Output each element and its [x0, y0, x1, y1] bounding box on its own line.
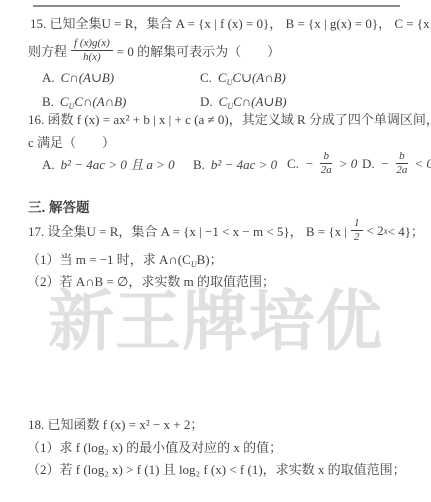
q17-fraction-denominator: 2 — [351, 231, 363, 244]
q15-option-c: C.CUC∪(A∩B) — [200, 70, 286, 85]
q17-subpart-1-text: （1）当 m = −1 时，求 A∩(C — [27, 252, 191, 267]
q16-option-b: B.b² − 4ac > 0 — [193, 157, 277, 172]
q15-option-d-formula-rest: C∩(A∪B) — [233, 94, 287, 109]
q16-stem-line2: c 满足（ ） — [28, 135, 115, 150]
q15-option-c-formula: C — [218, 70, 227, 85]
q18-subpart-2: （2）若 f (log₂ x) > f (1) 且 log₂ f (x) < f… — [27, 462, 406, 477]
q17-fraction-numerator: 1 — [351, 217, 363, 231]
q15-line2-suffix: = 0 的解集可表示为（ ） — [117, 41, 280, 60]
q15-option-d-label: D. — [200, 94, 213, 109]
q18-subpart-1: （1）求 f (log₂ x) 的最小值及对应的 x 的值； — [27, 440, 282, 455]
q17-line1-part2: < 2 — [367, 223, 384, 239]
q16-option-d: D.− b 2a < 0 — [362, 150, 431, 177]
q16-option-d-denominator: 2a — [393, 164, 410, 177]
q16-option-c-denominator: 2a — [318, 164, 335, 177]
q17-fraction: 1 2 — [351, 217, 363, 244]
q16-option-d-label: D. — [362, 156, 375, 172]
q16-option-d-fraction: b 2a — [393, 150, 410, 177]
section-header: 三. 解答题 — [28, 196, 90, 216]
q15-option-b-formula-rest: C∩(A∩B) — [74, 94, 126, 109]
q15-stem-line2: 则方程 f (x)g(x) h(x) = 0 的解集可表示为（ ） — [28, 37, 280, 64]
q16-option-a-label: A. — [42, 157, 55, 172]
q15-fraction: f (x)g(x) h(x) — [71, 37, 113, 64]
q17-line1-part3: < 4}； — [388, 221, 424, 240]
q17-subpart-1: （1）当 m = −1 时，求 A∩(CUB)； — [27, 252, 223, 267]
q18-stem-line1: 18. 已知函数 f (x) = x² − x + 2； — [28, 417, 203, 432]
q16-option-c-label: C. — [287, 156, 299, 172]
q16-option-d-minus: − — [381, 156, 390, 172]
q16-option-c-fraction: b 2a — [318, 150, 335, 177]
q16-option-a-formula: b² − 4ac > 0 且 a > 0 — [61, 157, 175, 172]
q16-option-c-minus: − — [305, 156, 314, 172]
q16-option-c: C.− b 2a > 0 — [287, 150, 357, 177]
q15-option-c-formula-rest: C∪(A∩B) — [232, 70, 286, 85]
q15-option-d-formula: C — [219, 94, 228, 109]
q15-line2-prefix: 则方程 — [28, 41, 67, 60]
q15-option-a-formula: C∩(A∪B) — [61, 70, 115, 85]
q15-option-b-formula: C — [60, 94, 69, 109]
q15-option-a: A.C∩(A∪B) — [42, 70, 114, 85]
q15-fraction-numerator: f (x)g(x) — [71, 37, 113, 51]
q17-stem-line1: 17. 设全集U = R，集合 A = {x | −1 < x − m < 5}… — [28, 217, 424, 244]
q16-option-d-numerator: b — [396, 150, 408, 164]
page-top-rule — [33, 5, 400, 7]
q15-option-c-label: C. — [200, 70, 212, 85]
q16-option-b-label: B. — [193, 157, 205, 172]
q16-option-c-rest: > 0 — [339, 156, 358, 172]
q15-fraction-denominator: h(x) — [80, 51, 104, 64]
document-page: 15. 已知全集U = R，集合 A = {x | f (x) = 0}， B … — [0, 0, 431, 502]
q15-option-a-label: A. — [42, 70, 55, 85]
q15-option-b-label: B. — [42, 94, 54, 109]
q15-stem-line1: 15. 已知全集U = R，集合 A = {x | f (x) = 0}， B … — [30, 16, 431, 31]
q16-stem-line1: 16. 函数 f (x) = ax² + b | x | + c (a ≠ 0)… — [28, 112, 431, 127]
q17-subpart-1-rest: B)； — [197, 252, 223, 267]
q15-option-b: B.CUC∩(A∩B) — [42, 94, 126, 109]
q16-option-a: A.b² − 4ac > 0 且 a > 0 — [42, 157, 175, 172]
q17-line1-part1: 17. 设全集U = R，集合 A = {x | −1 < x − m < 5}… — [28, 221, 347, 240]
watermark-text: 新王牌培优 — [48, 284, 383, 360]
q15-option-d: D.CUC∩(A∪B) — [200, 94, 287, 109]
q16-option-d-rest: < 0 — [414, 156, 431, 172]
q16-option-b-formula: b² − 4ac > 0 — [211, 157, 277, 172]
q16-option-c-numerator: b — [320, 150, 332, 164]
